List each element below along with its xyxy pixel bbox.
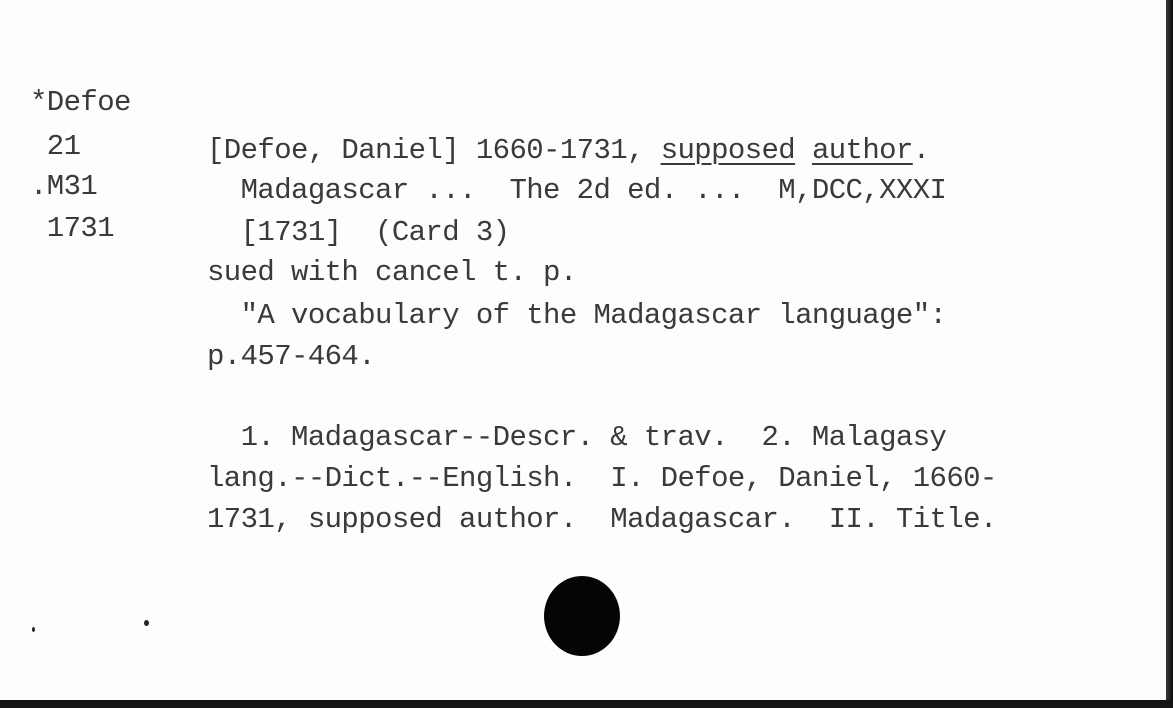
tracing-line: 1731, supposed author. Madagascar. II. T… xyxy=(207,505,997,534)
body-line: Madagascar ... The 2d ed. ... M,DCC,XXXI xyxy=(207,176,946,205)
body-line: [1731] (Card 3) xyxy=(207,218,509,247)
tracing-line: 1. Madagascar--Descr. & trav. 2. Malagas… xyxy=(207,423,946,452)
heading-text: [Defoe, Daniel] 1660-1731, xyxy=(207,134,661,167)
catalog-card: *Defoe 21 .M31 1731 [Defoe, Daniel] 1660… xyxy=(0,0,1166,700)
tracing-line: lang.--Dict.--English. I. Defoe, Daniel,… xyxy=(207,464,997,493)
card-edge-shadow xyxy=(1166,0,1173,708)
call-number-line: .M31 xyxy=(30,172,97,201)
call-number-line: 1731 xyxy=(30,214,114,243)
heading-suffix: . xyxy=(913,134,930,167)
card-edge-shadow xyxy=(0,700,1173,708)
heading-underlined-author: author xyxy=(812,134,913,167)
body-line: sued with cancel t. p. xyxy=(207,258,577,287)
main-entry-heading: [Defoe, Daniel] 1660-1731, supposed auth… xyxy=(207,136,930,165)
ink-speck xyxy=(144,620,149,626)
call-number-line: 21 xyxy=(30,132,80,161)
body-line: p.457-464. xyxy=(207,342,375,371)
ink-speck xyxy=(32,627,35,632)
heading-space xyxy=(795,134,812,167)
heading-underlined-supposed: supposed xyxy=(661,134,795,167)
call-number-line: *Defoe xyxy=(30,88,131,117)
punch-hole xyxy=(544,576,620,656)
body-line: "A vocabulary of the Madagascar language… xyxy=(207,301,946,330)
